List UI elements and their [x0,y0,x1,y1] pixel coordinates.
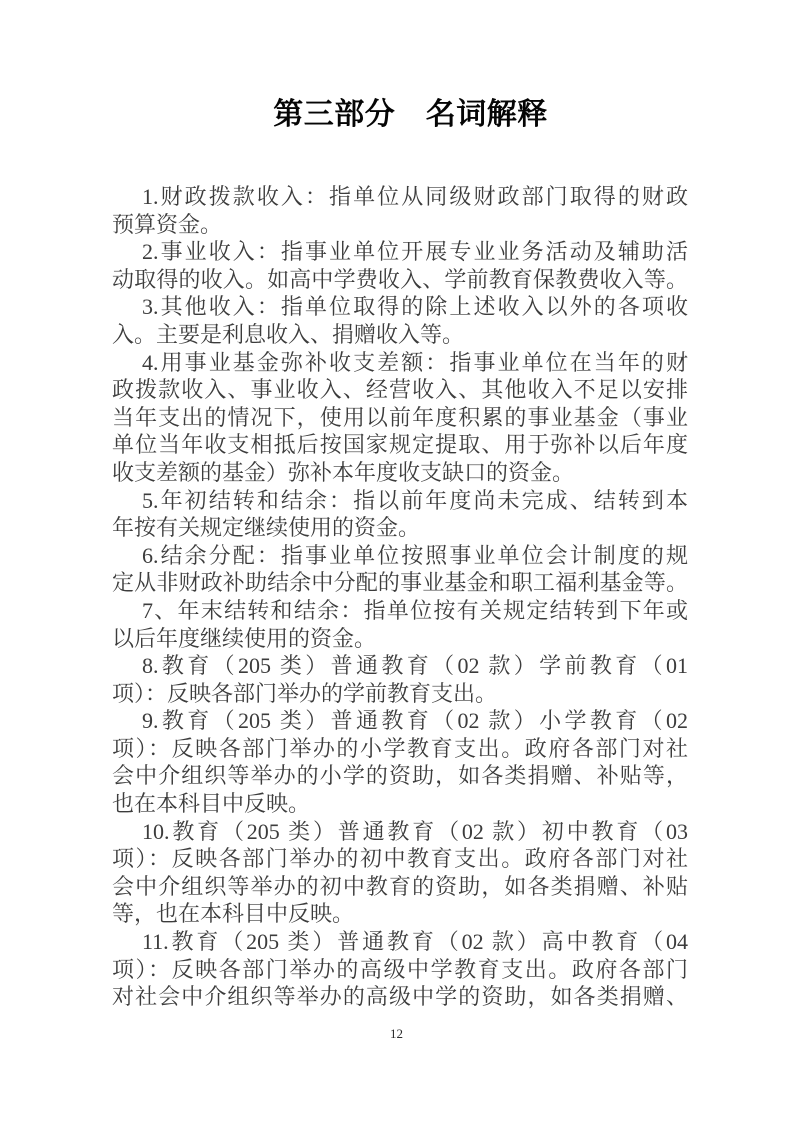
paragraph-10-line-4: 等，也在本科目中反映。 [112,900,688,928]
paragraph-10-line-3: 会中介组织等举办的初中教育的资助，如各类捐赠、补贴 [112,873,688,901]
document-page: 第三部分 名词解释 1.财政拨款收入：指单位从同级财政部门取得的财政预算资金。2… [0,0,793,1122]
paragraph-6-line-1: 6.结余分配：指事业单位按照事业单位会计制度的规 [112,542,688,570]
page-number: 12 [0,1026,793,1042]
page-title: 第三部分 名词解释 [14,95,793,135]
paragraph-8-line-1: 8.教育（205 类）普通教育（02 款）学前教育（01 [112,652,688,680]
paragraph-11-line-3: 对社会中介组织等举办的高级中学的资助，如各类捐赠、 [112,983,688,1011]
paragraph-8-line-2: 项）：反映各部门举办的学前教育支出。 [112,680,688,708]
paragraph-1-line-1: 1.财政拨款收入：指单位从同级财政部门取得的财政 [112,183,688,211]
paragraph-9-line-1: 9.教育（205 类）普通教育（02 款）小学教育（02 [112,707,688,735]
paragraph-10-line-1: 10.教育（205 类）普通教育（02 款）初中教育（03 [112,818,688,846]
paragraph-6-line-2: 定从非财政补助结余中分配的事业基金和职工福利基金等。 [112,569,688,597]
document-body: 1.财政拨款收入：指单位从同级财政部门取得的财政预算资金。2.事业收入：指事业单… [112,183,688,1011]
paragraph-11-line-2: 项）：反映各部门举办的高级中学教育支出。政府各部门 [112,956,688,984]
paragraph-2-line-1: 2.事业收入：指事业单位开展专业业务活动及辅助活 [112,238,688,266]
paragraph-2-line-2: 动取得的收入。如高中学费收入、学前教育保教费收入等。 [112,266,688,294]
paragraph-4-line-2: 政拨款收入、事业收入、经营收入、其他收入不足以安排 [112,376,688,404]
paragraph-7-line-1: 7、年末结转和结余：指单位按有关规定结转到下年或 [112,597,688,625]
paragraph-9-line-2: 项）：反映各部门举办的小学教育支出。政府各部门对社 [112,735,688,763]
paragraph-11-line-1: 11.教育（205 类）普通教育（02 款）高中教育（04 [112,928,688,956]
paragraph-10-line-2: 项）：反映各部门举办的初中教育支出。政府各部门对社 [112,845,688,873]
paragraph-4-line-1: 4.用事业基金弥补收支差额：指事业单位在当年的财 [112,349,688,377]
paragraph-1-line-2: 预算资金。 [112,211,688,239]
paragraph-3-line-2: 入。主要是利息收入、捐赠收入等。 [112,321,688,349]
paragraph-5-line-1: 5.年初结转和结余：指以前年度尚未完成、结转到本 [112,487,688,515]
paragraph-4-line-5: 收支差额的基金）弥补本年度收支缺口的资金。 [112,459,688,487]
paragraph-4-line-3: 当年支出的情况下，使用以前年度积累的事业基金（事业 [112,404,688,432]
paragraph-9-line-3: 会中介组织等举办的小学的资助，如各类捐赠、补贴等， [112,762,688,790]
paragraph-4-line-4: 单位当年收支相抵后按国家规定提取、用于弥补以后年度 [112,431,688,459]
paragraph-7-line-2: 以后年度继续使用的资金。 [112,625,688,653]
paragraph-9-line-4: 也在本科目中反映。 [112,790,688,818]
paragraph-5-line-2: 年按有关规定继续使用的资金。 [112,514,688,542]
paragraph-3-line-1: 3.其他收入：指单位取得的除上述收入以外的各项收 [112,293,688,321]
